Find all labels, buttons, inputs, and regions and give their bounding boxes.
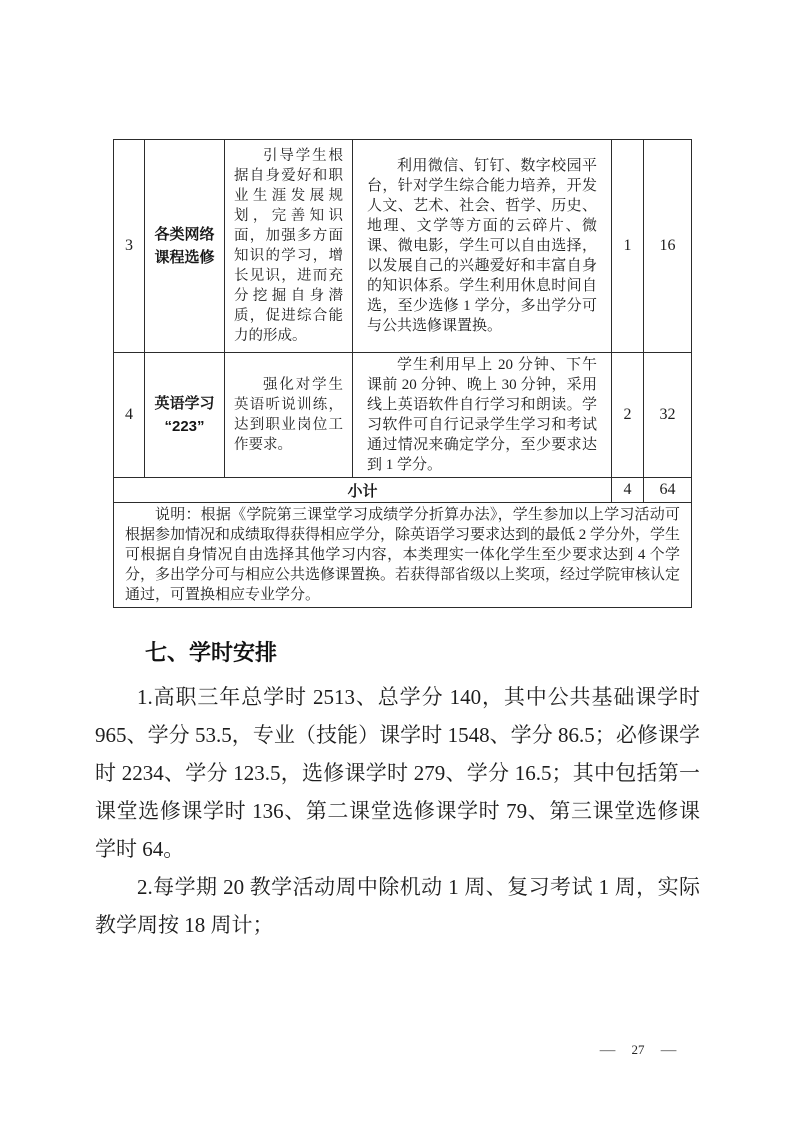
table-row-course-3: 3 各类网络 课程选修 引导学生根据自身爱好和职业生涯发展规划，完善知识面，加强…: [114, 140, 692, 353]
footer-dash-right: —: [661, 1042, 677, 1058]
course-number: 3: [114, 140, 145, 353]
table-note-text: 说明：根据《学院第三课堂学习成绩学分折算办法》，学生参加以上学习活动可根据参加情…: [114, 503, 691, 607]
section-heading: 七、学时安排: [95, 638, 700, 668]
course-name: 各类网络 课程选修: [145, 140, 225, 353]
course-name: 英语学习 “223”: [145, 353, 225, 478]
subtotal-label: 小计: [114, 478, 612, 503]
course-goal-cell: 引导学生根据自身爱好和职业生涯发展规划，完善知识面，加强多方面知识的学习，增长见…: [225, 140, 353, 353]
course-goal-cell: 强化对学生英语听说训练，达到职业岗位工作要求。: [225, 353, 353, 478]
table-row-course-4: 4 英语学习 “223” 强化对学生英语听说训练，达到职业岗位工作要求。 学生利…: [114, 353, 692, 478]
course-number: 4: [114, 353, 145, 478]
paragraph-teaching-weeks: 2.每学期 20 教学活动周中除机动 1 周、复习考试 1 周，实际教学周按 1…: [95, 868, 700, 944]
table-note-cell: 说明：根据《学院第三课堂学习成绩学分折算办法》，学生参加以上学习活动可根据参加情…: [114, 503, 692, 608]
section-hours-arrangement: 七、学时安排 1.高职三年总学时 2513、总学分 140，其中公共基础课学时 …: [95, 638, 700, 944]
course-content-cell: 学生利用早上 20 分钟、下午课前 20 分钟、晚上 30 分钟，采用线上英语软…: [353, 353, 612, 478]
table-row-subtotal: 小计 4 64: [114, 478, 692, 503]
course-content-text: 学生利用早上 20 分钟、下午课前 20 分钟、晚上 30 分钟，采用线上英语软…: [353, 353, 611, 477]
subtotal-hours: 64: [644, 478, 692, 503]
subtotal-credits: 4: [612, 478, 644, 503]
course-hours: 16: [644, 140, 692, 353]
course-credits: 2: [612, 353, 644, 478]
page-footer: — 27 —: [601, 1042, 675, 1058]
footer-dash-left: —: [600, 1042, 616, 1058]
page-number: 27: [632, 1042, 645, 1058]
course-credits: 1: [612, 140, 644, 353]
third-classroom-credits-table: 3 各类网络 课程选修 引导学生根据自身爱好和职业生涯发展规划，完善知识面，加强…: [113, 139, 692, 608]
paragraph-total-hours: 1.高职三年总学时 2513、总学分 140，其中公共基础课学时 965、学分 …: [95, 678, 700, 868]
course-goal-text: 引导学生根据自身爱好和职业生涯发展规划，完善知识面，加强多方面知识的学习，增长见…: [225, 144, 352, 348]
course-hours: 32: [644, 353, 692, 478]
course-goal-text: 强化对学生英语听说训练，达到职业岗位工作要求。: [225, 373, 352, 457]
table-row-note: 说明：根据《学院第三课堂学习成绩学分折算办法》，学生参加以上学习活动可根据参加情…: [114, 503, 692, 608]
course-content-text: 利用微信、钉钉、数字校园平台，针对学生综合能力培养，开发人文、艺术、社会、哲学、…: [353, 154, 611, 338]
course-content-cell: 利用微信、钉钉、数字校园平台，针对学生综合能力培养，开发人文、艺术、社会、哲学、…: [353, 140, 612, 353]
document-page: 3 各类网络 课程选修 引导学生根据自身爱好和职业生涯发展规划，完善知识面，加强…: [0, 0, 793, 1122]
